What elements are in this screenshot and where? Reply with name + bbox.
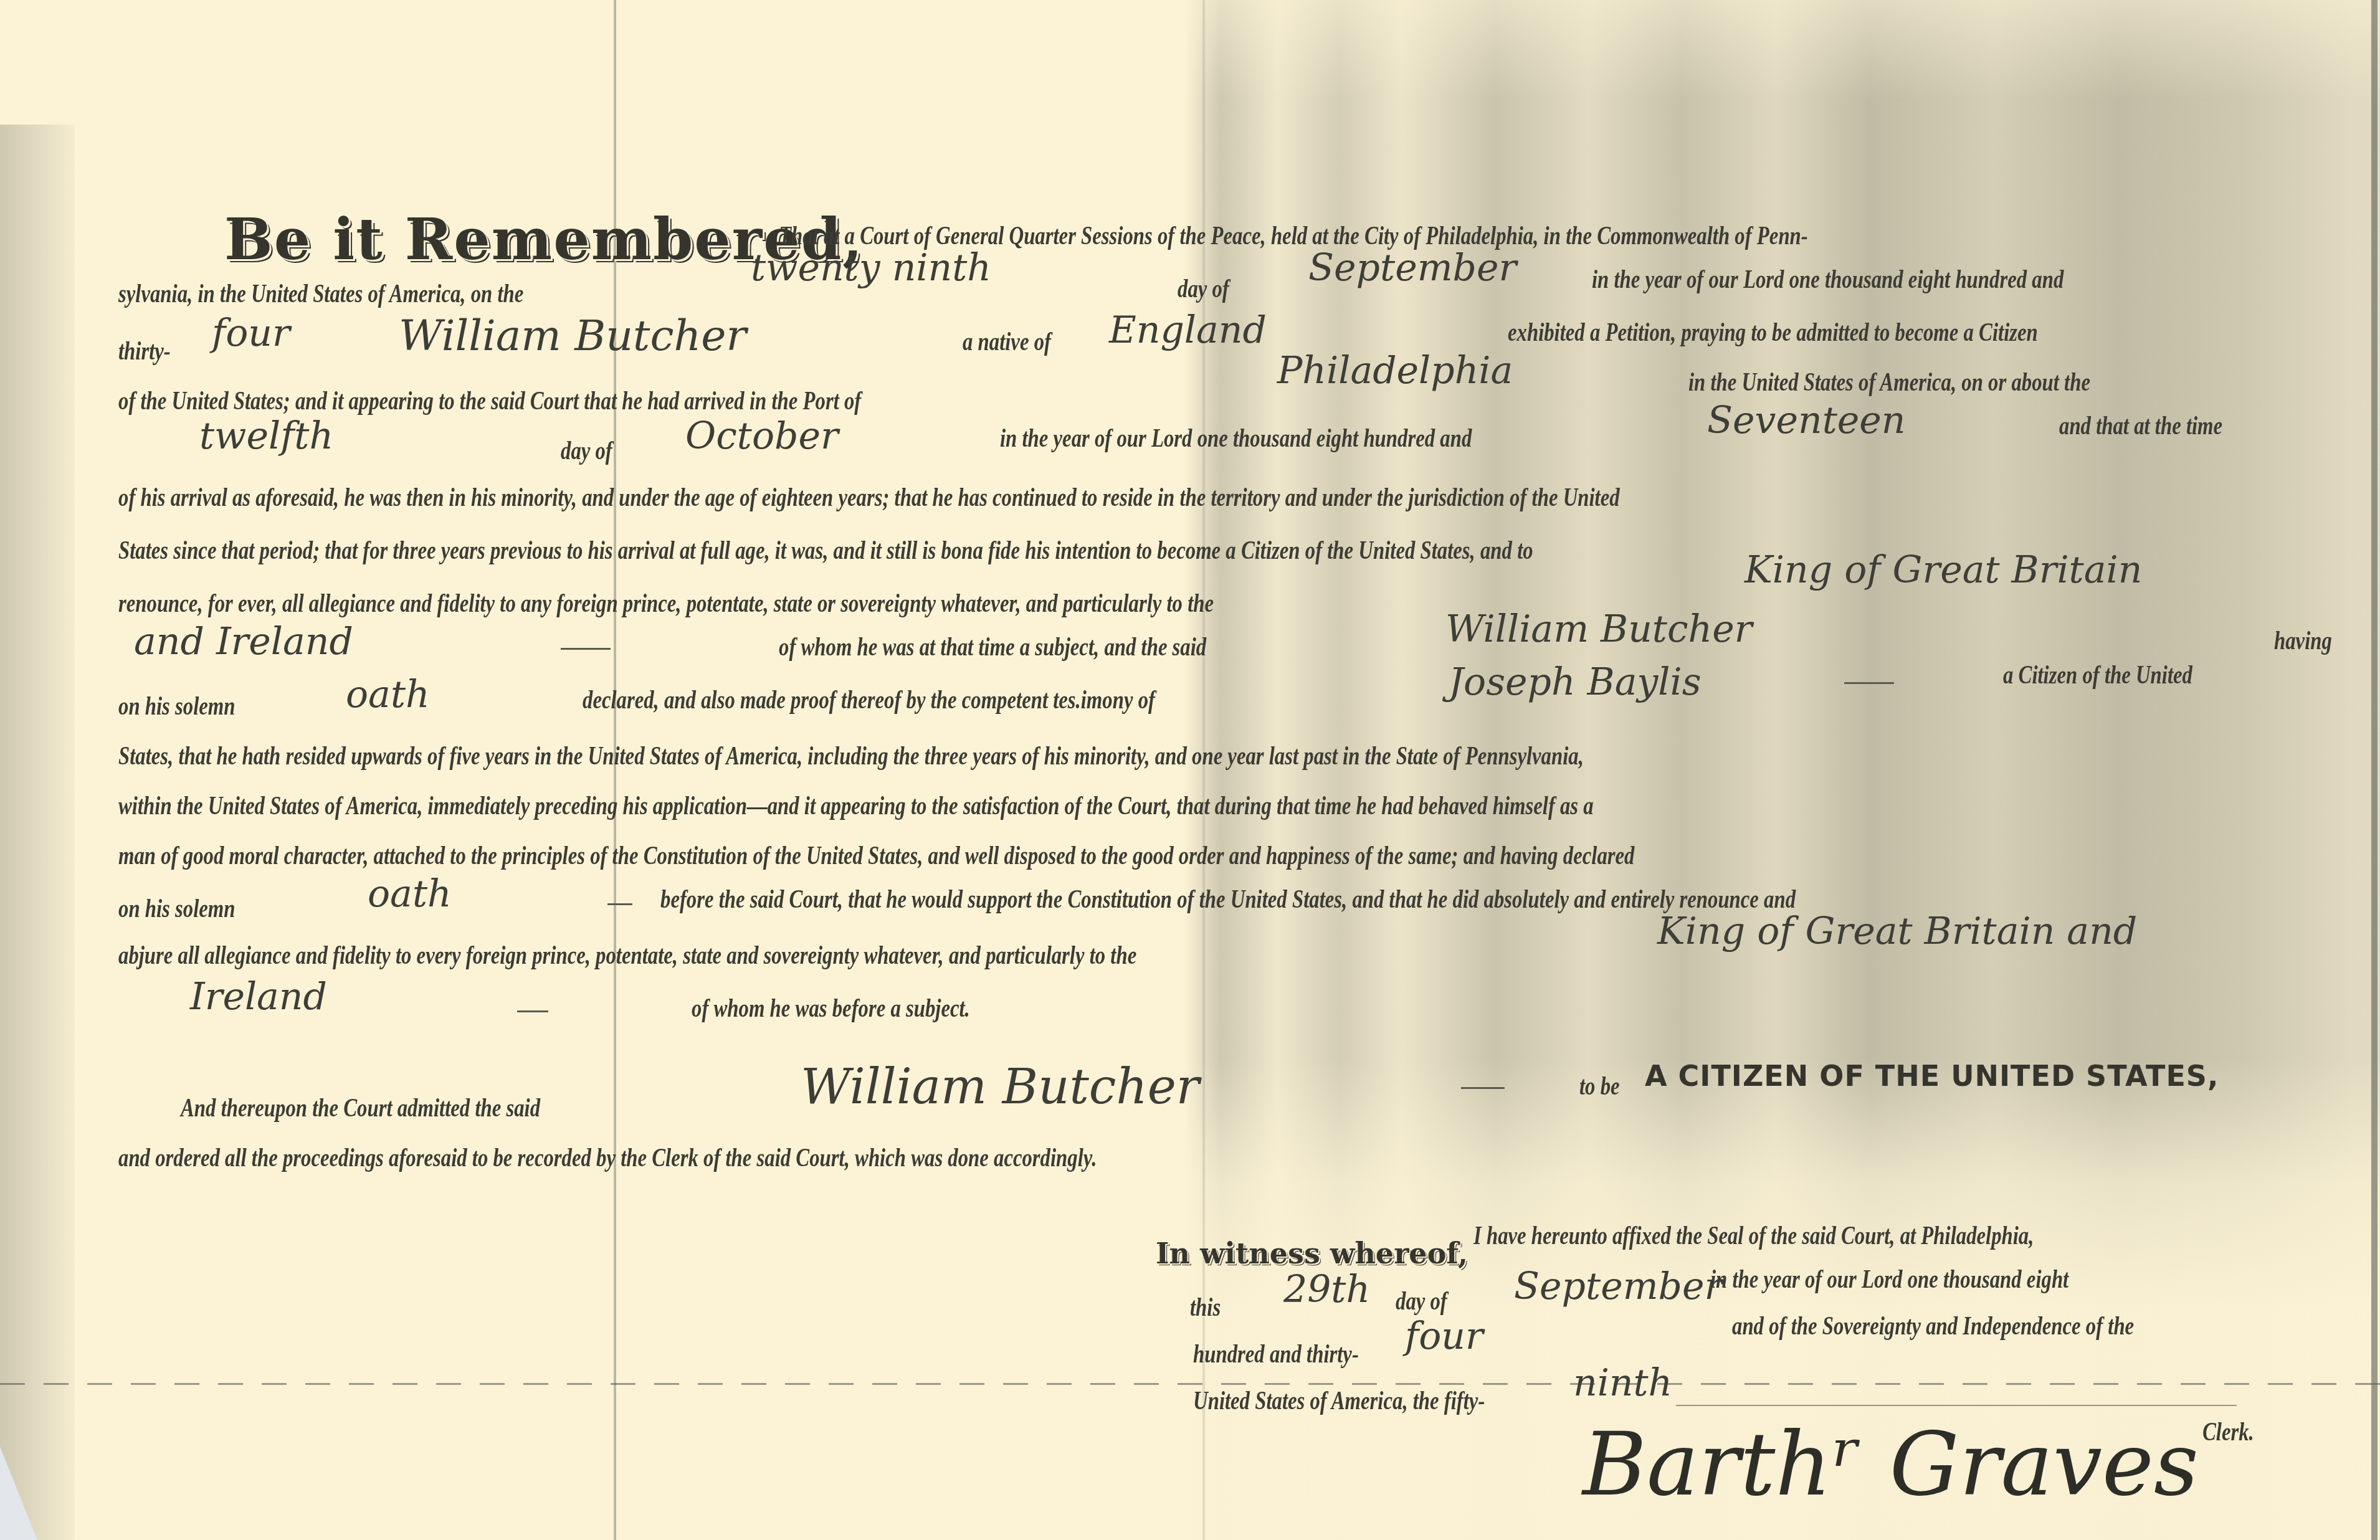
handwritten-name: William Butcher	[399, 311, 746, 361]
witness-this: this	[1190, 1293, 1221, 1323]
printed-line: sylvania, in the United States of Americ…	[118, 279, 523, 309]
printed-line: on his solemn	[118, 894, 236, 924]
handwritten-arrival-day: twelfth	[199, 414, 333, 458]
clerk-signature: Barthʳ Graves	[1583, 1414, 2199, 1516]
printed-line: day of	[561, 436, 612, 466]
citizen-heading: A CITIZEN OF THE UNITED STATES,	[1645, 1059, 2219, 1093]
handwritten-independence-year: ninth	[1573, 1361, 1672, 1405]
handwritten-arrival-month: October	[685, 414, 839, 458]
handwritten-sovereign-2-cont: Ireland	[190, 975, 327, 1019]
printed-line: in the United States of America, on or a…	[1688, 368, 2090, 397]
handwritten-witness-month: September	[1514, 1265, 1722, 1308]
printed-line: exhibited a Petition, praying to be admi…	[1508, 318, 2038, 348]
printed-line: States since that period; that for three…	[118, 536, 1533, 566]
printed-line: of the United States; and it appearing t…	[118, 386, 861, 416]
handwritten-oath: oath	[346, 673, 430, 716]
handwritten-oath-2: oath	[368, 872, 452, 916]
handwritten-arrival-year: Seventeen	[1707, 399, 1905, 442]
printed-line: a native of	[963, 327, 1051, 357]
printed-line: of whom he was at that time a subject, a…	[779, 632, 1206, 662]
printed-line: States, that he hath resided upwards of …	[118, 741, 1584, 771]
printed-line: of his arrival as aforesaid, he was then…	[118, 483, 1620, 513]
printed-line: thirty-	[118, 336, 171, 366]
printed-line: declared, and also made proof thereof by…	[583, 685, 1155, 715]
fold-line-horizontal	[0, 1383, 2380, 1385]
left-smudge	[0, 125, 75, 1540]
handwritten-witness-year: four	[1405, 1314, 1483, 1358]
handwritten-sovereign-cont: and Ireland	[134, 620, 353, 663]
witness-line: I have hereunto affixed the Seal of the …	[1473, 1221, 2034, 1251]
printed-line: abjure all allegiance and fidelity to ev…	[118, 941, 1136, 971]
signature-line	[1676, 1405, 2237, 1406]
page-edge	[2371, 0, 2378, 1540]
handwritten-day: twenty ninth	[751, 246, 991, 290]
handwritten-native-of: England	[1109, 308, 1267, 352]
printed-line: in the year of our Lord one thousand eig…	[1592, 265, 2063, 295]
printed-line: on his solemn	[118, 692, 236, 721]
handwritten-sovereign: King of Great Britain	[1745, 548, 2142, 592]
printed-line: and ordered all the proceedings aforesai…	[118, 1143, 1097, 1173]
handwritten-name-3: William Butcher	[801, 1059, 1199, 1115]
printed-line: having	[2274, 626, 2332, 656]
witness-line: United States of America, the fifty-	[1193, 1386, 1485, 1416]
printed-line: to be	[1579, 1072, 1620, 1101]
printed-line: before the said Court, that he would sup…	[660, 885, 1796, 915]
printed-line: man of good moral character, attached to…	[118, 841, 1634, 871]
handwritten-port: Philadelphia	[1277, 349, 1513, 392]
printed-line: of whom he was before a subject.	[692, 994, 970, 1024]
witness-line: in the year of our Lord one thousand eig…	[1710, 1265, 2068, 1295]
printed-line: within the United States of America, imm…	[118, 791, 1594, 821]
witness-day-of: day of	[1396, 1286, 1447, 1316]
printed-line: renounce, for ever, all allegiance and f…	[118, 589, 1214, 619]
handwritten-witness-day: 29th	[1283, 1268, 1370, 1311]
printed-line: And thereupon the Court admitted the sai…	[181, 1093, 540, 1123]
handwritten-month: September	[1308, 246, 1516, 290]
handwritten-witness: Joseph Baylis	[1449, 660, 1702, 704]
printed-line: day of	[1178, 274, 1229, 304]
witness-heading: In witness whereof,	[1156, 1237, 1468, 1270]
clerk-label: Clerk.	[2202, 1417, 2254, 1447]
blank-dash	[607, 903, 632, 905]
printed-line: and that at the time	[2059, 411, 2222, 441]
blank-dash	[517, 1010, 548, 1012]
handwritten-year: four	[212, 311, 290, 355]
handwritten-name-2: William Butcher	[1445, 607, 1752, 651]
printed-line: a Citizen of the United	[2003, 660, 2192, 690]
blank-dash	[1844, 682, 1894, 684]
witness-line: and of the Sovereignty and Independence …	[1732, 1311, 2134, 1341]
witness-hundred: hundred and thirty-	[1193, 1339, 1359, 1369]
printed-line: in the year of our Lord one thousand eig…	[1000, 424, 1472, 454]
blank-dash	[1461, 1087, 1505, 1089]
blank-dash	[561, 648, 611, 650]
torn-corner	[0, 1447, 37, 1540]
handwritten-sovereign-2: King of Great Britain and	[1657, 910, 2137, 953]
